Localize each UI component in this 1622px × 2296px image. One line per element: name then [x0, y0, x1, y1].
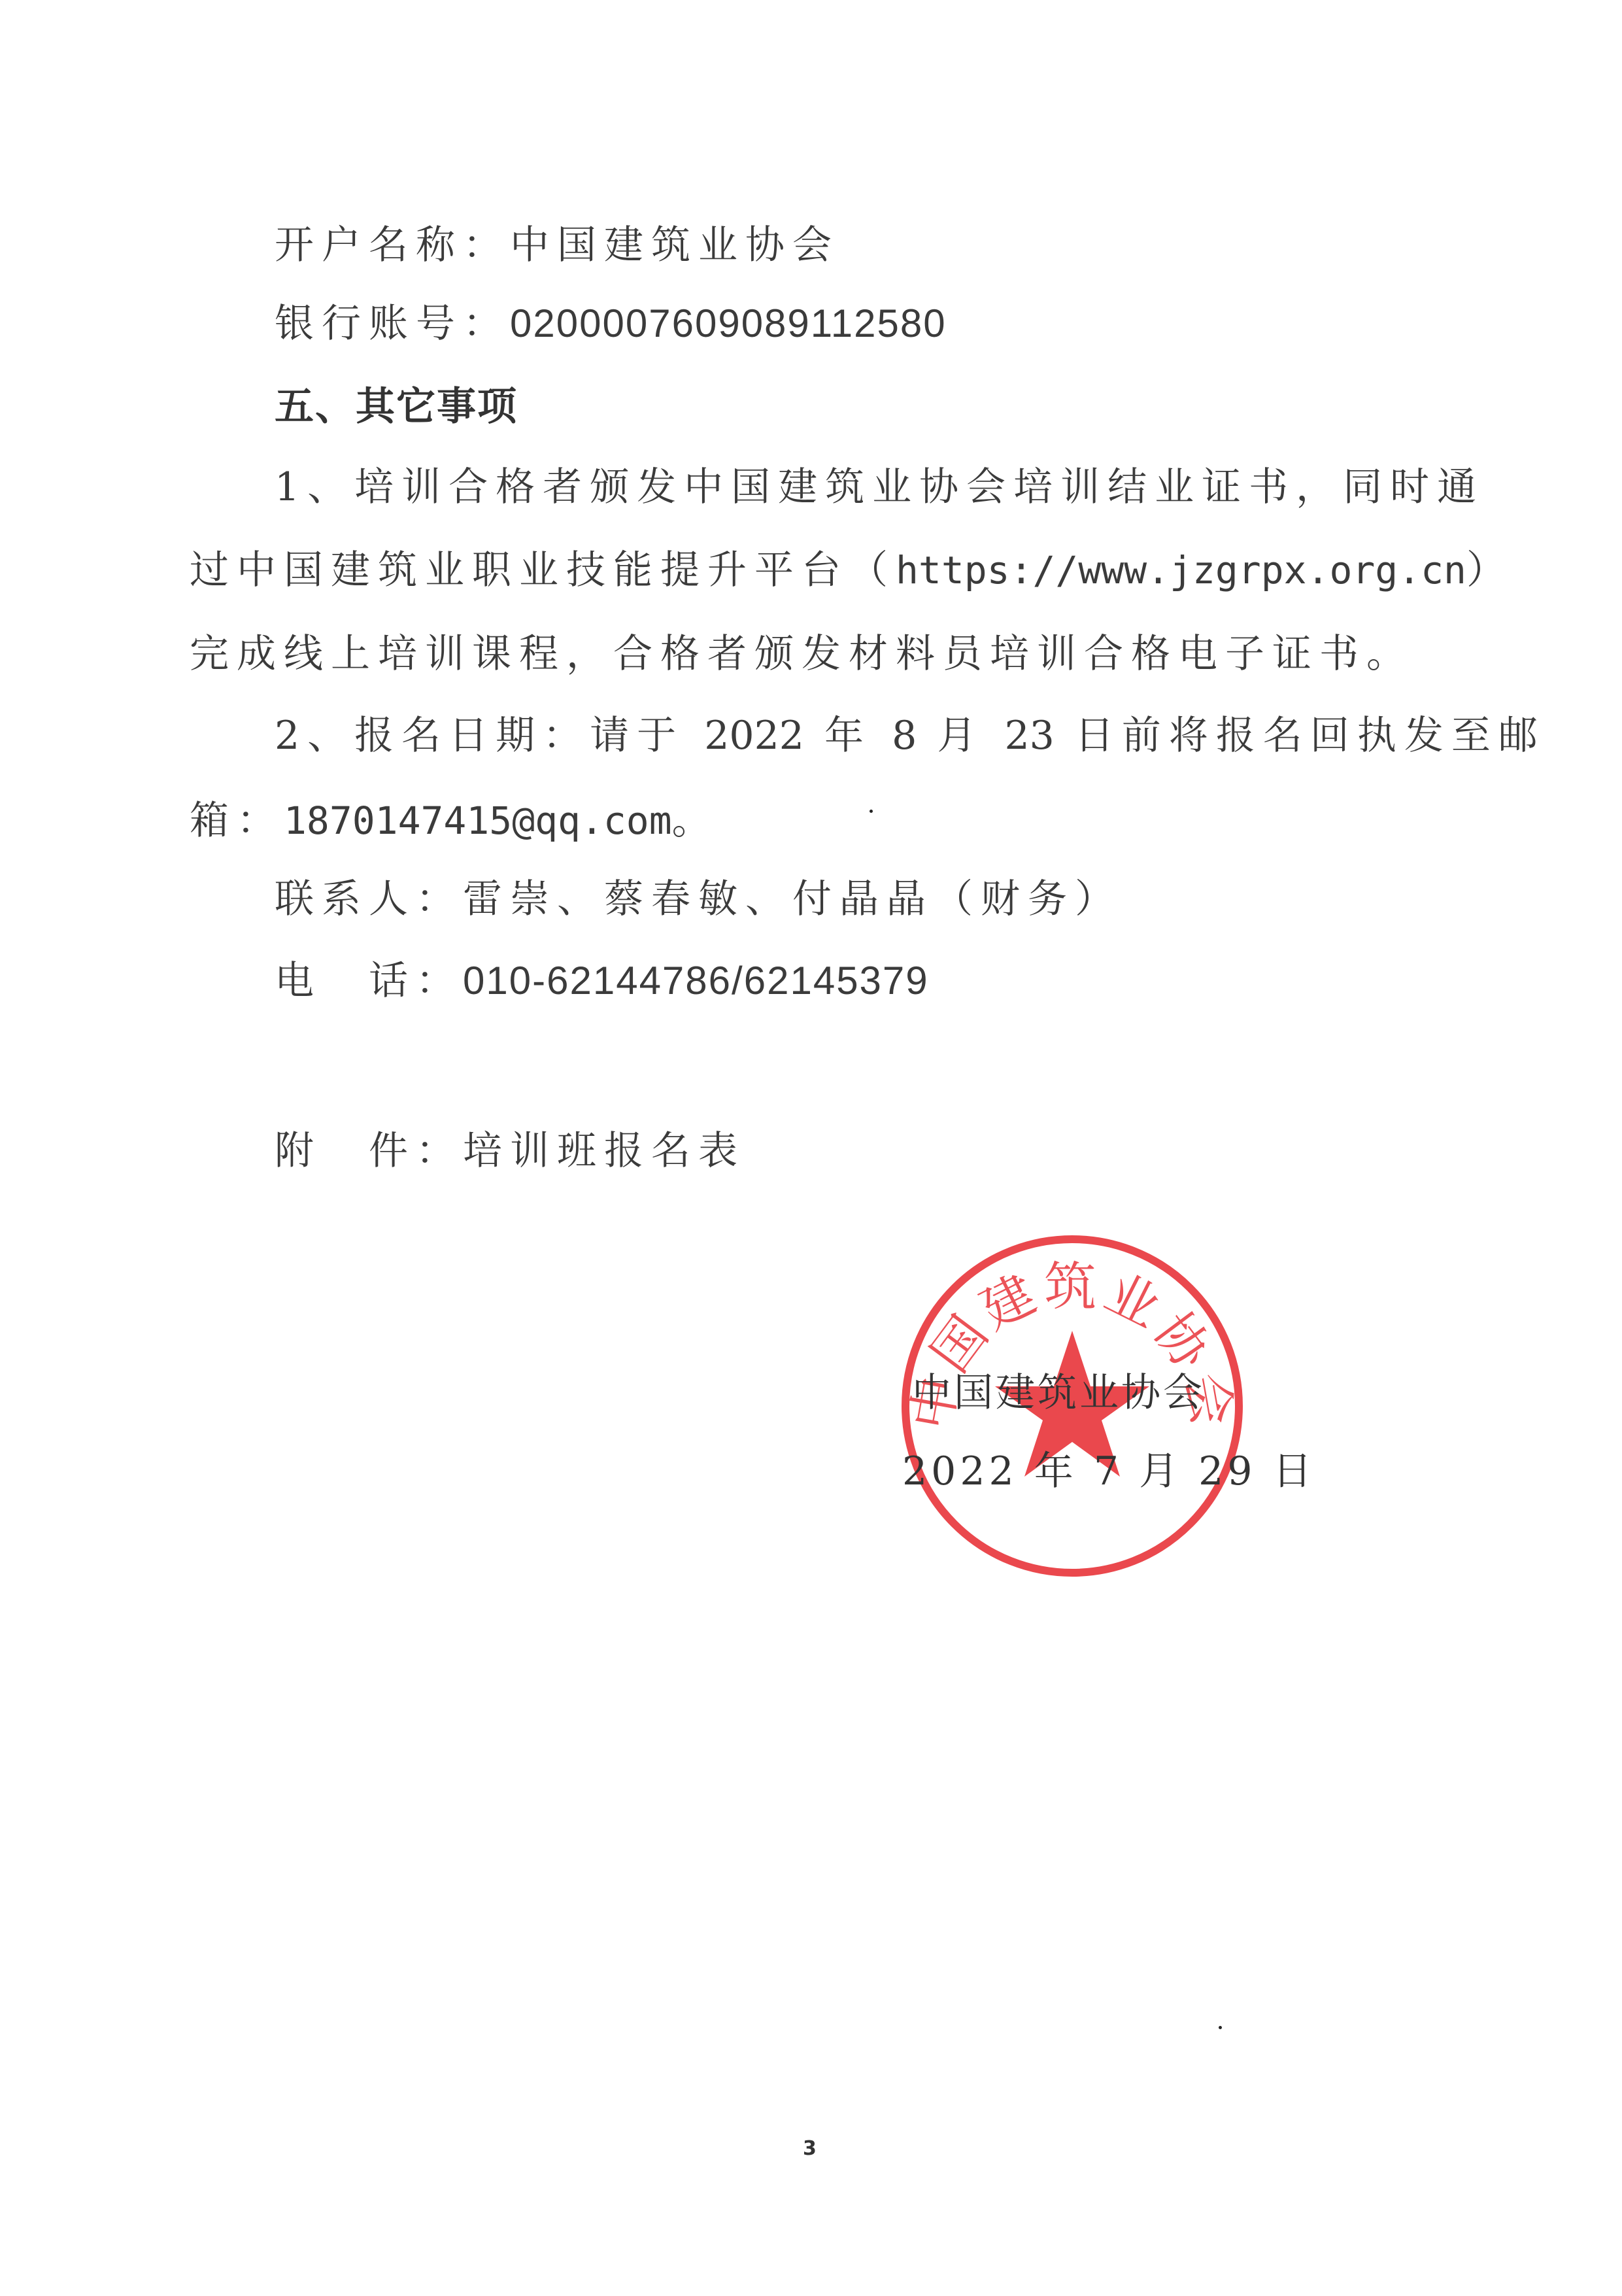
attachment-value[interactable]: 培训班报名表: [463, 1128, 745, 1174]
scan-speck: [870, 810, 873, 813]
phone-label: 电 话：: [275, 958, 463, 1004]
platform-url-link[interactable]: https://www.jzgrpx.org.cn: [896, 548, 1466, 592]
page-number: 3: [803, 2137, 817, 2160]
item-2-suffix: 日前将报名回执发至邮: [1055, 713, 1546, 759]
deadline-year: 2022: [704, 713, 804, 759]
email-label: 箱：: [190, 798, 284, 844]
item-2-line-1: 2、报名日期：请于 2022 年 8 月 23 日前将报名回执发至邮: [275, 710, 1546, 762]
deadline-year-unit: 年: [804, 713, 892, 759]
signature-organization: 中国建筑业协会: [912, 1367, 1205, 1419]
signature-date: 2022 年 7 月 29 日: [902, 1445, 1316, 1498]
scan-speck: [1219, 2026, 1222, 2029]
account-name-line: 开户名称：中国建筑业协会: [275, 219, 839, 271]
section-five-heading: 五、其它事项: [275, 381, 518, 433]
contacts-label: 联系人：: [275, 876, 463, 922]
item-1-line-1: 1、培训合格者颁发中国建筑业协会培训结业证书，同时通: [275, 461, 1484, 513]
item-1-line-3: 完成线上培训课程，合格者颁发材料员培训合格电子证书。: [190, 628, 1413, 680]
deadline-day: 23: [1004, 713, 1054, 759]
item-1-close-paren: ）: [1466, 547, 1513, 593]
bank-account-value: 0200007609089112580: [510, 301, 947, 345]
contacts-line: 联系人：雷崇、蔡春敏、付晶晶（财务）: [275, 873, 1122, 925]
document-page: 开户名称：中国建筑业协会 银行账号：0200007609089112580 五、…: [0, 0, 1622, 2296]
bank-account-line: 银行账号：0200007609089112580: [275, 298, 947, 350]
contacts-value: 雷崇、蔡春敏、付晶晶（财务）: [463, 876, 1122, 922]
phone-line: 电 话：010-62144786/62145379: [275, 955, 929, 1007]
account-name-value: 中国建筑业协会: [510, 222, 839, 268]
phone-value: 010-62144786/62145379: [463, 959, 929, 1002]
email-period: 。: [672, 798, 719, 844]
bank-account-label: 银行账号：: [275, 301, 510, 347]
item-1-platform-text: 过中国建筑业职业技能提升平台（: [190, 547, 896, 593]
item-2-prefix: 2、报名日期：请于: [275, 713, 704, 759]
account-name-label: 开户名称：: [275, 222, 510, 268]
attachment-line: 附 件：培训班报名表: [275, 1125, 745, 1177]
email-link[interactable]: 1870147415@qq.com: [284, 798, 672, 843]
item-1-line-2: 过中国建筑业职业技能提升平台（https://www.jzgrpx.org.cn…: [190, 544, 1513, 596]
attachment-label: 附 件：: [275, 1128, 463, 1174]
deadline-month: 8: [892, 713, 917, 759]
item-2-line-2: 箱：1870147415@qq.com。: [190, 795, 719, 847]
deadline-month-unit: 月: [917, 713, 1004, 759]
